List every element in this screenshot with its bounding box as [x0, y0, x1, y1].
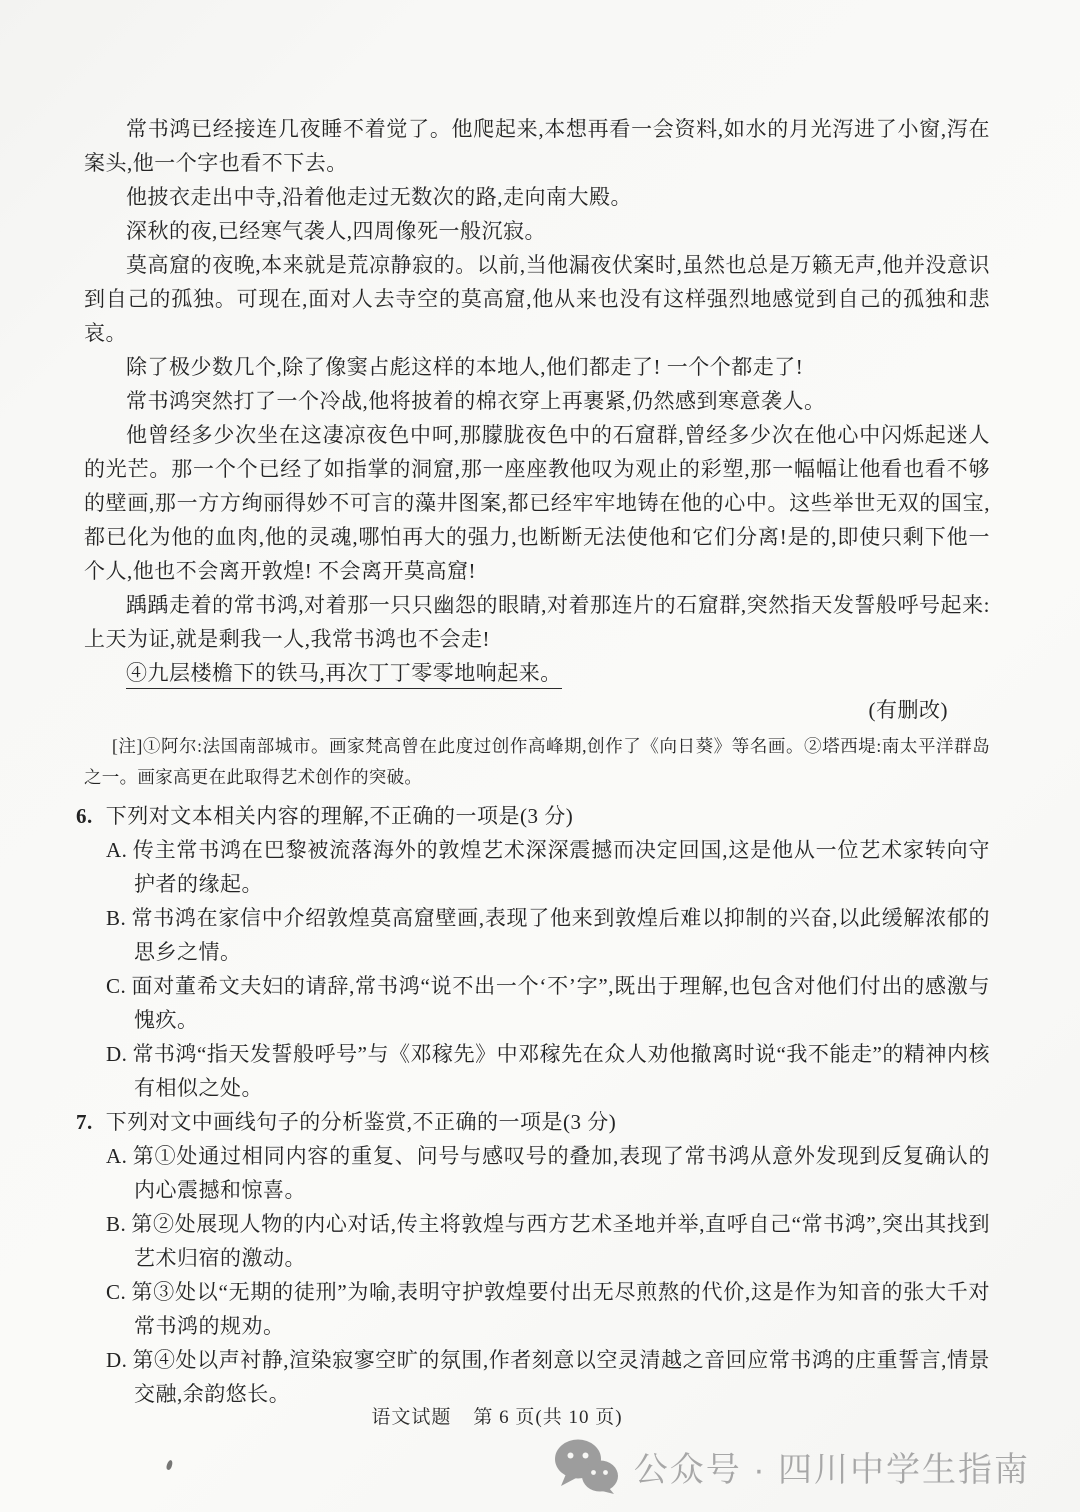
passage-paragraph: 深秋的夜,已经寒气袭人,四周像死一般沉寂。 — [84, 214, 990, 248]
option-text: 第②处展现人物的内心对话,传主将敦煌与西方艺术圣地并举,直呼自己“常书鸿”,突出… — [131, 1212, 990, 1270]
underlined-sentence-4: ④九层楼檐下的铁马,再次丁丁零零地响起来。 — [126, 661, 562, 689]
option-label: B. — [106, 906, 126, 930]
passage-paragraph: 踽踽走着的常书鸿,对着那一只只幽怨的眼睛,对着那连片的石窟群,突然指天发誓般呼号… — [84, 588, 990, 656]
footnote: [注]①阿尔:法国南部城市。画家梵高曾在此度过创作高峰期,创作了《向日葵》等名画… — [84, 731, 990, 793]
passage-paragraph: 常书鸿突然打了一个冷战,他将披着的棉衣穿上再裹紧,仍然感到寒意袭人。 — [84, 384, 990, 418]
question-7-option-a: A.第①处通过相同内容的重复、问号与感叹号的叠加,表现了常书鸿从意外发现到反复确… — [76, 1139, 990, 1207]
question-6-option-b: B.常书鸿在家信中介绍敦煌莫高窟壁画,表现了他来到敦煌后难以抑制的兴奋,以此缓解… — [76, 901, 990, 969]
deletion-note: (有删改) — [84, 693, 990, 727]
passage-paragraph-underlined: ④九层楼檐下的铁马,再次丁丁零零地响起来。 — [84, 656, 990, 690]
question-6: 6.下列对文本相关内容的理解,不正确的一项是(3 分) A.传主常书鸿在巴黎被流… — [76, 799, 990, 1105]
option-label: A. — [106, 1144, 127, 1168]
question-number: 7. — [76, 1110, 93, 1134]
option-label: D. — [106, 1042, 127, 1066]
passage-paragraph: 莫高窟的夜晚,本来就是荒凉静寂的。以前,当他漏夜伏案时,虽然也总是万籁无声,他并… — [84, 248, 990, 350]
question-number: 6. — [76, 804, 93, 828]
passage-paragraph: 常书鸿已经接连几夜睡不着觉了。他爬起来,本想再看一会资料,如水的月光泻进了小窗,… — [84, 112, 990, 180]
option-text: 面对董希文夫妇的请辞,常书鸿“说不出一个‘不’字”,既出于理解,也包含对他们付出… — [131, 974, 990, 1032]
option-text: 常书鸿“指天发誓般呼号”与《邓稼先》中邓稼先在众人劝他撤离时说“我不能走”的精神… — [132, 1042, 990, 1100]
option-label: C. — [106, 1280, 126, 1304]
question-6-option-c: C.面对董希文夫妇的请辞,常书鸿“说不出一个‘不’字”,既出于理解,也包含对他们… — [76, 969, 990, 1037]
question-7-option-b: B.第②处展现人物的内心对话,传主将敦煌与西方艺术圣地并举,直呼自己“常书鸿”,… — [76, 1207, 990, 1275]
question-7: 7.下列对文中画线句子的分析鉴赏,不正确的一项是(3 分) A.第①处通过相同内… — [76, 1105, 990, 1411]
question-stem-text: 下列对文中画线句子的分析鉴赏,不正确的一项是(3 分) — [106, 1110, 616, 1134]
passage-paragraph: 除了极少数几个,除了像窦占彪这样的本地人,他们都走了! 一个个都走了! — [84, 350, 990, 384]
exam-page: 常书鸿已经接连几夜睡不着觉了。他爬起来,本想再看一会资料,如水的月光泻进了小窗,… — [0, 0, 1080, 1512]
scan-speck — [166, 1459, 174, 1470]
option-text: 常书鸿在家信中介绍敦煌莫高窟壁画,表现了他来到敦煌后难以抑制的兴奋,以此缓解浓郁… — [131, 906, 990, 964]
question-7-option-c: C.第③处以“无期的徒刑”为喻,表明守护敦煌要付出无尽煎熬的代价,这是作为知音的… — [76, 1275, 990, 1343]
question-7-option-d: D.第④处以声衬静,渲染寂寥空旷的氛围,作者刻意以空灵清越之音回应常书鸿的庄重誓… — [76, 1343, 990, 1411]
option-label: D. — [106, 1348, 127, 1372]
option-label: C. — [106, 974, 126, 998]
page-footer: 语文试题第 6 页(共 10 页) — [0, 1402, 1080, 1429]
page-number: 第 6 页(共 10 页) — [473, 1407, 622, 1428]
wechat-icon — [554, 1438, 620, 1494]
option-text: 传主常书鸿在巴黎被流落海外的敦煌艺术深深震撼而决定回国,这是他从一位艺术家转向守… — [132, 838, 990, 896]
option-label: B. — [106, 1212, 126, 1236]
doc-title: 语文试题 — [371, 1407, 451, 1428]
option-text: 第①处通过相同内容的重复、问号与感叹号的叠加,表现了常书鸿从意外发现到反复确认的… — [132, 1144, 990, 1202]
question-7-stem: 7.下列对文中画线句子的分析鉴赏,不正确的一项是(3 分) — [76, 1105, 990, 1139]
option-text: 第③处以“无期的徒刑”为喻,表明守护敦煌要付出无尽煎熬的代价,这是作为知音的张大… — [131, 1280, 990, 1338]
exam-content: 常书鸿已经接连几夜睡不着觉了。他爬起来,本想再看一会资料,如水的月光泻进了小窗,… — [84, 112, 990, 1411]
question-stem-text: 下列对文本相关内容的理解,不正确的一项是(3 分) — [106, 804, 574, 828]
question-6-stem: 6.下列对文本相关内容的理解,不正确的一项是(3 分) — [76, 799, 990, 833]
option-label: A. — [106, 838, 127, 862]
option-text: 第④处以声衬静,渲染寂寥空旷的氛围,作者刻意以空灵清越之音回应常书鸿的庄重誓言,… — [132, 1348, 990, 1406]
watermark-text: 公众号 · 四川中学生指南 — [634, 1442, 1030, 1491]
passage-paragraph: 他披衣走出中寺,沿着他走过无数次的路,走向南大殿。 — [84, 180, 990, 214]
passage-paragraph: 他曾经多少次坐在这凄凉夜色中呵,那朦胧夜色中的石窟群,曾经多少次在他心中闪烁起迷… — [84, 418, 990, 588]
watermark: 公众号 · 四川中学生指南 — [554, 1438, 1030, 1494]
question-6-option-d: D.常书鸿“指天发誓般呼号”与《邓稼先》中邓稼先在众人劝他撤离时说“我不能走”的… — [76, 1037, 990, 1105]
question-6-option-a: A.传主常书鸿在巴黎被流落海外的敦煌艺术深深震撼而决定回国,这是他从一位艺术家转… — [76, 833, 990, 901]
